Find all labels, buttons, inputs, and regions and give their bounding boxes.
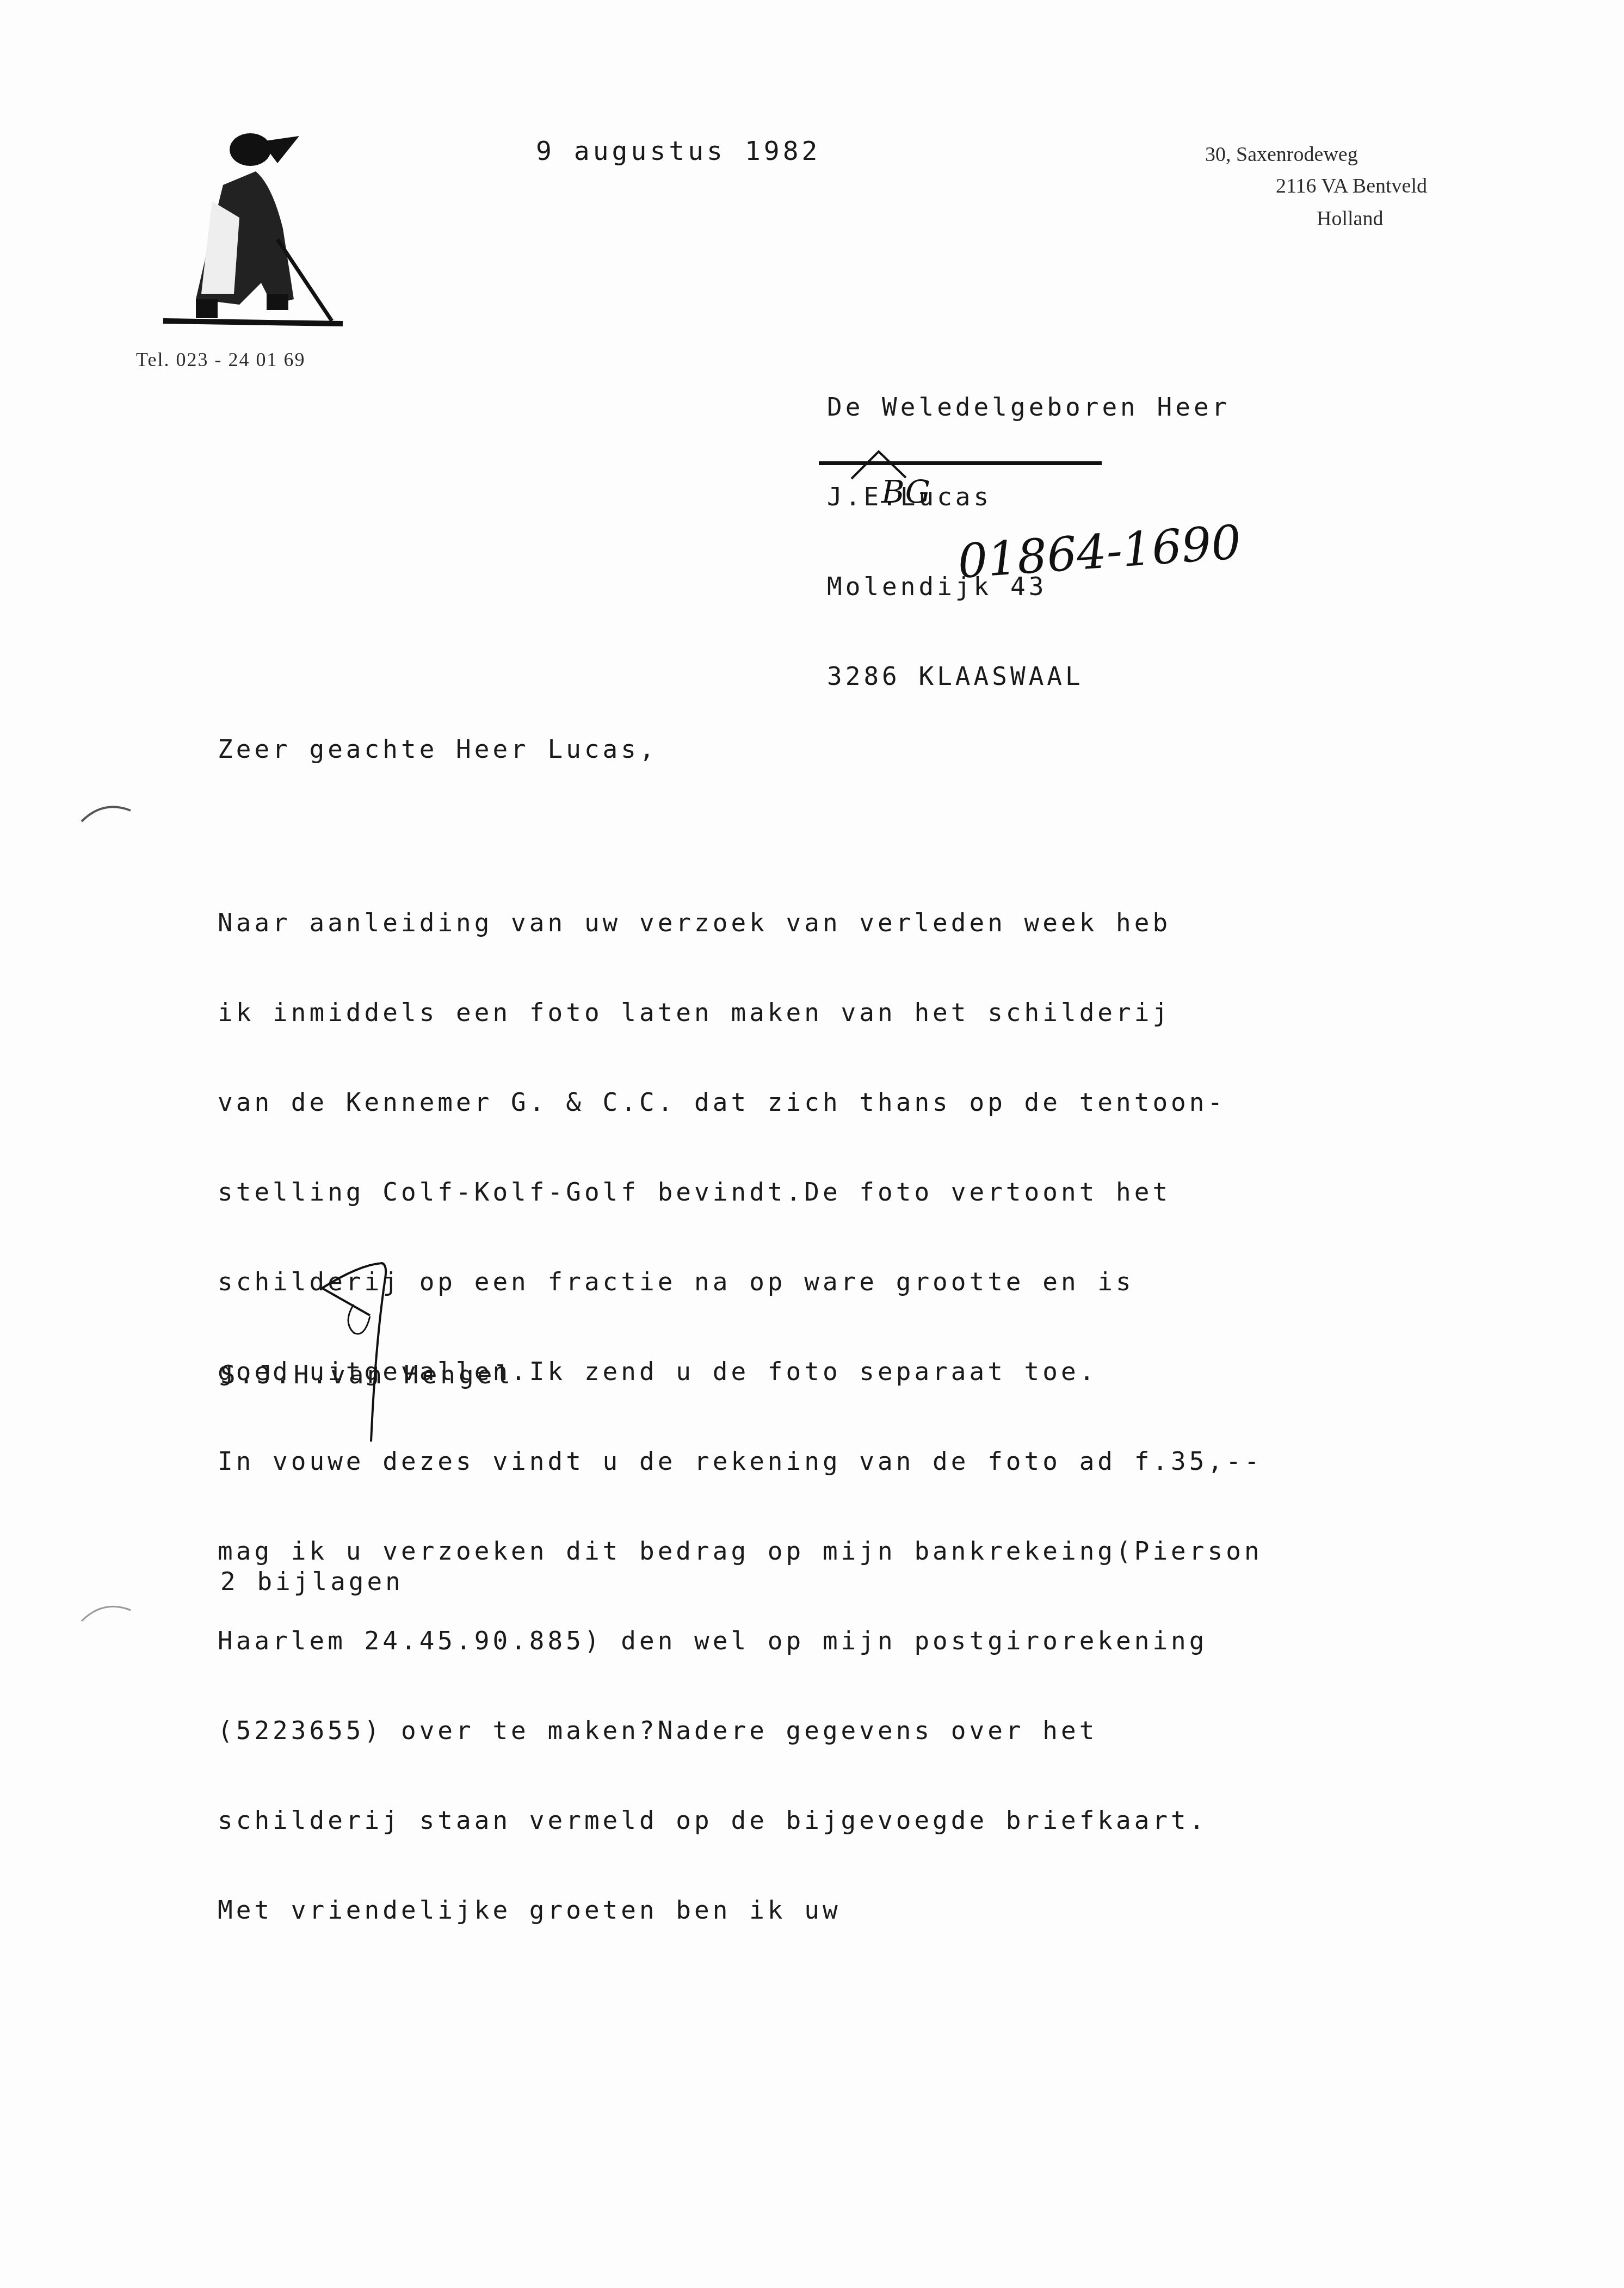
body-line: mag ik u verzoeken dit bedrag op mijn ba… (218, 1536, 1263, 1567)
body-line: ik inmiddels een foto laten maken van he… (218, 997, 1263, 1028)
enclosures: 2 bijlagen (220, 1567, 404, 1596)
body-line: Naar aanleiding van uw verzoek van verle… (218, 907, 1263, 938)
punch-hole-mark-icon (76, 1594, 141, 1627)
recipient-line: 3286 KLAASWAAL (827, 661, 1230, 692)
letterhead-phone: Tel. 023 - 24 01 69 (136, 348, 305, 371)
handwritten-insert: BG (881, 473, 930, 510)
letterhead-address-country: Holland (1317, 207, 1383, 231)
golfer-illustration-icon (131, 120, 365, 337)
letter-page: Tel. 023 - 24 01 69 9 augustus 1982 30, … (0, 0, 1624, 2288)
body-line: Met vriendelijke groeten ben ik uw (218, 1895, 1263, 1926)
salutation: Zeer geachte Heer Lucas, (218, 734, 658, 764)
body-line: (5223655) over te maken?Nadere gegevens … (218, 1715, 1263, 1746)
letterhead-address-city: 2116 VA Bentveld (1276, 174, 1427, 198)
letterhead-address-street: 30, Saxenrodeweg (1205, 143, 1358, 166)
signatory-name: S.J.H.van Hengel (220, 1360, 514, 1389)
recipient-line: De Weledelgeboren Heer (827, 392, 1230, 423)
body-line: Haarlem 24.45.90.885) den wel op mijn po… (218, 1625, 1263, 1656)
body-line: schilderij staan vermeld op de bijgevoeg… (218, 1805, 1263, 1836)
punch-hole-mark-icon (76, 800, 141, 832)
body-line: stelling Colf-Kolf-Golf bevindt.De foto … (218, 1177, 1263, 1208)
body-line: van de Kennemer G. & C.C. dat zich thans… (218, 1087, 1263, 1118)
body-line: In vouwe dezes vindt u de rekening van d… (218, 1446, 1263, 1477)
handwritten-signature-icon (321, 1262, 413, 1447)
letter-date: 9 augustus 1982 (536, 136, 820, 166)
